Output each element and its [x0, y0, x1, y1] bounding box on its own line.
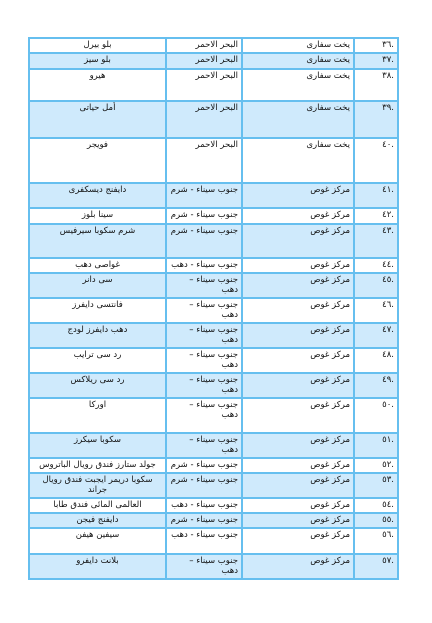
location-cell: جنوب سيناء - شرم	[166, 513, 242, 528]
facility-type: مركز غوص	[310, 275, 350, 285]
location: البحر الاحمر	[196, 103, 238, 113]
table-row: .٤٠ يخت سفارى البحر الاحمر فويجر	[29, 138, 398, 183]
type-cell: مركز غوص	[242, 398, 354, 433]
type-cell: مركز غوص	[242, 323, 354, 348]
row-number-cell: .٤٧	[354, 323, 398, 348]
row-number-cell: .٥٥	[354, 513, 398, 528]
row-number: .٥٧	[382, 556, 394, 566]
location: جنوب سيناء - دهب	[171, 260, 238, 270]
type-cell: مركز غوص	[242, 183, 354, 208]
facility-type: مركز غوص	[310, 556, 350, 566]
table-row: .٤٩ مركز غوص جنوب سيناء – دهب رد سى ريلا…	[29, 373, 398, 398]
table-row: .٥٢ مركز غوص جنوب سيناء - شرم جولد ستارز…	[29, 458, 398, 473]
facility-type: مركز غوص	[310, 515, 350, 525]
name-cell: العالمى المائى فندق طابا	[29, 498, 166, 513]
facility-type: يخت سفارى	[306, 140, 350, 150]
row-number: .٤٥	[382, 275, 394, 285]
location: جنوب سيناء - شرم	[171, 210, 238, 220]
facility-name: غواصى دهب	[75, 260, 120, 270]
location-cell: جنوب سيناء – دهب	[166, 323, 242, 348]
location-cell: جنوب سيناء - شرم	[166, 224, 242, 258]
name-cell: سيفين هيفن	[29, 528, 166, 554]
location: جنوب سيناء – دهب	[189, 435, 238, 455]
row-number-cell: .٣٦	[354, 38, 398, 53]
row-number: .٥٥	[382, 515, 394, 525]
name-cell: دايفنج فيجن	[29, 513, 166, 528]
row-number: .٥٠	[382, 400, 394, 410]
facility-type: مركز غوص	[310, 226, 350, 236]
row-number: .٣٦	[382, 40, 394, 50]
name-cell: شرم سكوبا سيرفيس	[29, 224, 166, 258]
table-row: .٤٥ مركز غوص جنوب سيناء – دهب سى دانر	[29, 273, 398, 298]
row-number-cell: .٣٩	[354, 101, 398, 138]
facility-type: مركز غوص	[310, 185, 350, 195]
name-cell: سكوبا دريمر ايجبت فندق رويال جراند	[29, 473, 166, 498]
row-number-cell: .٤٣	[354, 224, 398, 258]
type-cell: يخت سفارى	[242, 38, 354, 53]
type-cell: يخت سفارى	[242, 101, 354, 138]
row-number-cell: .٣٨	[354, 69, 398, 101]
facility-type: مركز غوص	[310, 500, 350, 510]
location-cell: جنوب سيناء - شرم	[166, 473, 242, 498]
row-number: .٥١	[382, 435, 394, 445]
location-cell: البحر الاحمر	[166, 38, 242, 53]
row-number: .٤١	[382, 185, 394, 195]
name-cell: جولد ستارز فندق رويال الباتروس	[29, 458, 166, 473]
location: جنوب سيناء – دهب	[189, 325, 238, 345]
row-number: .٤٦	[382, 300, 394, 310]
name-cell: هيرو	[29, 69, 166, 101]
row-number-cell: .٥٤	[354, 498, 398, 513]
type-cell: يخت سفارى	[242, 138, 354, 183]
location: جنوب سيناء - شرم	[171, 185, 238, 195]
facility-name: اوركا	[89, 400, 106, 410]
type-cell: مركز غوص	[242, 528, 354, 554]
row-number: .٣٩	[382, 103, 394, 113]
row-number-cell: .٤١	[354, 183, 398, 208]
type-cell: مركز غوص	[242, 273, 354, 298]
table-row: .٥٣ مركز غوص جنوب سيناء - شرم سكوبا دريم…	[29, 473, 398, 498]
type-cell: مركز غوص	[242, 258, 354, 273]
location: البحر الاحمر	[196, 40, 238, 50]
name-cell: رد سى ترايب	[29, 348, 166, 373]
type-cell: مركز غوص	[242, 458, 354, 473]
location-cell: جنوب سيناء – دهب	[166, 273, 242, 298]
facility-name: فانتسى دايفرز	[72, 300, 123, 310]
table-body: .٣٦ يخت سفارى البحر الاحمر بلو بيرل .٣٧ …	[29, 38, 398, 579]
location: جنوب سيناء – دهب	[189, 556, 238, 576]
row-number-cell: .٣٧	[354, 53, 398, 69]
location: جنوب سيناء - شرم	[171, 475, 238, 485]
facility-type: يخت سفارى	[306, 55, 350, 65]
row-number-cell: .٤٢	[354, 208, 398, 224]
location-cell: جنوب سيناء - شرم	[166, 458, 242, 473]
row-number-cell: .٥٧	[354, 554, 398, 579]
location: البحر الاحمر	[196, 140, 238, 150]
table-row: .٥٤ مركز غوص جنوب سيناء - دهب العالمى ال…	[29, 498, 398, 513]
facility-name: بلو بيرل	[83, 40, 111, 50]
document-page: .٣٦ يخت سفارى البحر الاحمر بلو بيرل .٣٧ …	[0, 0, 432, 623]
row-number: .٣٨	[382, 71, 394, 81]
facility-type: مركز غوص	[310, 435, 350, 445]
row-number: .٤٠	[382, 140, 394, 150]
facility-name: فويجر	[87, 140, 108, 150]
facility-name: سى دانر	[82, 275, 112, 285]
table-row: .٤٦ مركز غوص جنوب سيناء – دهب فانتسى داي…	[29, 298, 398, 323]
name-cell: سى دانر	[29, 273, 166, 298]
table-row: .٣٦ يخت سفارى البحر الاحمر بلو بيرل	[29, 38, 398, 53]
facility-name: بلو سيز	[84, 55, 111, 65]
name-cell: دايفنج ديسكفرى	[29, 183, 166, 208]
location: جنوب سيناء - دهب	[171, 500, 238, 510]
name-cell: بلو سيز	[29, 53, 166, 69]
table-row: .٥٠ مركز غوص جنوب سيناء – دهب اوركا	[29, 398, 398, 433]
facility-name: دهب دايفرز لودج	[68, 325, 128, 335]
type-cell: يخت سفارى	[242, 69, 354, 101]
location-cell: جنوب سيناء – دهب	[166, 398, 242, 433]
name-cell: فانتسى دايفرز	[29, 298, 166, 323]
table-row: .٣٨ يخت سفارى البحر الاحمر هيرو	[29, 69, 398, 101]
type-cell: مركز غوص	[242, 433, 354, 458]
facility-type: مركز غوص	[310, 325, 350, 335]
location-cell: جنوب سيناء – دهب	[166, 554, 242, 579]
type-cell: مركز غوص	[242, 208, 354, 224]
facility-name: بلانت دايفرو	[76, 556, 118, 566]
row-number-cell: .٤٠	[354, 138, 398, 183]
facility-type: يخت سفارى	[306, 103, 350, 113]
location: جنوب سيناء - شرم	[171, 226, 238, 236]
facility-type: يخت سفارى	[306, 71, 350, 81]
facility-type: مركز غوص	[310, 375, 350, 385]
location: جنوب سيناء – دهب	[189, 275, 238, 295]
row-number-cell: .٤٦	[354, 298, 398, 323]
row-number: .٤٩	[382, 375, 394, 385]
name-cell: أمل حياتى	[29, 101, 166, 138]
type-cell: يخت سفارى	[242, 53, 354, 69]
location-cell: جنوب سيناء - دهب	[166, 528, 242, 554]
table-row: .٤٤ مركز غوص جنوب سيناء - دهب غواصى دهب	[29, 258, 398, 273]
facility-type: مركز غوص	[310, 300, 350, 310]
name-cell: رد سى ريلاكس	[29, 373, 166, 398]
facility-name: جولد ستارز فندق رويال الباتروس	[39, 460, 156, 470]
row-number: .٤٨	[382, 350, 394, 360]
type-cell: مركز غوص	[242, 554, 354, 579]
location-cell: البحر الاحمر	[166, 138, 242, 183]
facility-name: سيفين هيفن	[76, 530, 120, 540]
row-number: .٤٤	[382, 260, 394, 270]
name-cell: غواصى دهب	[29, 258, 166, 273]
row-number: .٤٧	[382, 325, 394, 335]
facility-name: رد سى ترايب	[74, 350, 122, 360]
type-cell: مركز غوص	[242, 473, 354, 498]
facility-type: مركز غوص	[310, 260, 350, 270]
row-number-cell: .٥١	[354, 433, 398, 458]
row-number: .٥٣	[382, 475, 394, 485]
location: البحر الاحمر	[196, 55, 238, 65]
dive-centers-table: .٣٦ يخت سفارى البحر الاحمر بلو بيرل .٣٧ …	[28, 37, 399, 580]
row-number-cell: .٥٠	[354, 398, 398, 433]
row-number: .٥٦	[382, 530, 394, 540]
location-cell: البحر الاحمر	[166, 53, 242, 69]
name-cell: سكوبا سيكرز	[29, 433, 166, 458]
facility-type: يخت سفارى	[306, 40, 350, 50]
location-cell: جنوب سيناء – دهب	[166, 348, 242, 373]
location: جنوب سيناء – دهب	[189, 375, 238, 395]
name-cell: فويجر	[29, 138, 166, 183]
location-cell: جنوب سيناء – دهب	[166, 433, 242, 458]
location-cell: جنوب سيناء – دهب	[166, 298, 242, 323]
table-row: .٤٨ مركز غوص جنوب سيناء – دهب رد سى تراي…	[29, 348, 398, 373]
location-cell: البحر الاحمر	[166, 101, 242, 138]
row-number-cell: .٤٥	[354, 273, 398, 298]
facility-type: مركز غوص	[310, 210, 350, 220]
facility-name: سكوبا دريمر ايجبت فندق رويال جراند	[43, 475, 153, 495]
row-number-cell: .٤٩	[354, 373, 398, 398]
location-cell: البحر الاحمر	[166, 69, 242, 101]
row-number-cell: .٥٣	[354, 473, 398, 498]
table-row: .٤١ مركز غوص جنوب سيناء - شرم دايفنج ديس…	[29, 183, 398, 208]
facility-name: رد سى ريلاكس	[71, 375, 125, 385]
type-cell: مركز غوص	[242, 348, 354, 373]
row-number: .٤٢	[382, 210, 394, 220]
facility-name: دايفنج ديسكفرى	[69, 185, 127, 195]
row-number: .٣٧	[382, 55, 394, 65]
facility-type: مركز غوص	[310, 475, 350, 485]
row-number-cell: .٥٦	[354, 528, 398, 554]
row-number: .٥٢	[382, 460, 394, 470]
facility-name: دايفنج فيجن	[76, 515, 118, 525]
location-cell: جنوب سيناء - دهب	[166, 498, 242, 513]
facility-name: سكوبا سيكرز	[74, 435, 121, 445]
name-cell: بلانت دايفرو	[29, 554, 166, 579]
type-cell: مركز غوص	[242, 298, 354, 323]
facility-name: شرم سكوبا سيرفيس	[60, 226, 135, 236]
facility-type: مركز غوص	[310, 460, 350, 470]
facility-type: مركز غوص	[310, 350, 350, 360]
location: جنوب سيناء – دهب	[189, 300, 238, 320]
table-row: .٤٧ مركز غوص جنوب سيناء – دهب دهب دايفرز…	[29, 323, 398, 348]
type-cell: مركز غوص	[242, 224, 354, 258]
table-row: .٣٧ يخت سفارى البحر الاحمر بلو سيز	[29, 53, 398, 69]
location-cell: جنوب سيناء - شرم	[166, 208, 242, 224]
row-number-cell: .٤٨	[354, 348, 398, 373]
location-cell: جنوب سيناء - دهب	[166, 258, 242, 273]
location: جنوب سيناء - شرم	[171, 460, 238, 470]
table-row: .٤٢ مركز غوص جنوب سيناء - شرم سينا بلوز	[29, 208, 398, 224]
name-cell: سينا بلوز	[29, 208, 166, 224]
row-number: .٤٣	[382, 226, 394, 236]
table-row: .٥٥ مركز غوص جنوب سيناء - شرم دايفنج فيج…	[29, 513, 398, 528]
location: جنوب سيناء – دهب	[189, 400, 238, 420]
facility-name: سينا بلوز	[82, 210, 113, 220]
type-cell: مركز غوص	[242, 373, 354, 398]
row-number-cell: .٤٤	[354, 258, 398, 273]
facility-name: العالمى المائى فندق طابا	[53, 500, 141, 510]
location-cell: جنوب سيناء - شرم	[166, 183, 242, 208]
name-cell: اوركا	[29, 398, 166, 433]
table-row: .٣٩ يخت سفارى البحر الاحمر أمل حياتى	[29, 101, 398, 138]
row-number-cell: .٥٢	[354, 458, 398, 473]
name-cell: دهب دايفرز لودج	[29, 323, 166, 348]
facility-type: مركز غوص	[310, 530, 350, 540]
facility-name: أمل حياتى	[80, 103, 116, 113]
table-row: .٥٧ مركز غوص جنوب سيناء – دهب بلانت دايف…	[29, 554, 398, 579]
location: البحر الاحمر	[196, 71, 238, 81]
table-row: .٥١ مركز غوص جنوب سيناء – دهب سكوبا سيكر…	[29, 433, 398, 458]
table-row: .٥٦ مركز غوص جنوب سيناء - دهب سيفين هيفن	[29, 528, 398, 554]
facility-name: هيرو	[90, 71, 106, 81]
location-cell: جنوب سيناء – دهب	[166, 373, 242, 398]
type-cell: مركز غوص	[242, 513, 354, 528]
name-cell: بلو بيرل	[29, 38, 166, 53]
location: جنوب سيناء – دهب	[189, 350, 238, 370]
row-number: .٥٤	[382, 500, 394, 510]
location: جنوب سيناء - دهب	[171, 530, 238, 540]
type-cell: مركز غوص	[242, 498, 354, 513]
facility-type: مركز غوص	[310, 400, 350, 410]
table-row: .٤٣ مركز غوص جنوب سيناء - شرم شرم سكوبا …	[29, 224, 398, 258]
location: جنوب سيناء - شرم	[171, 515, 238, 525]
